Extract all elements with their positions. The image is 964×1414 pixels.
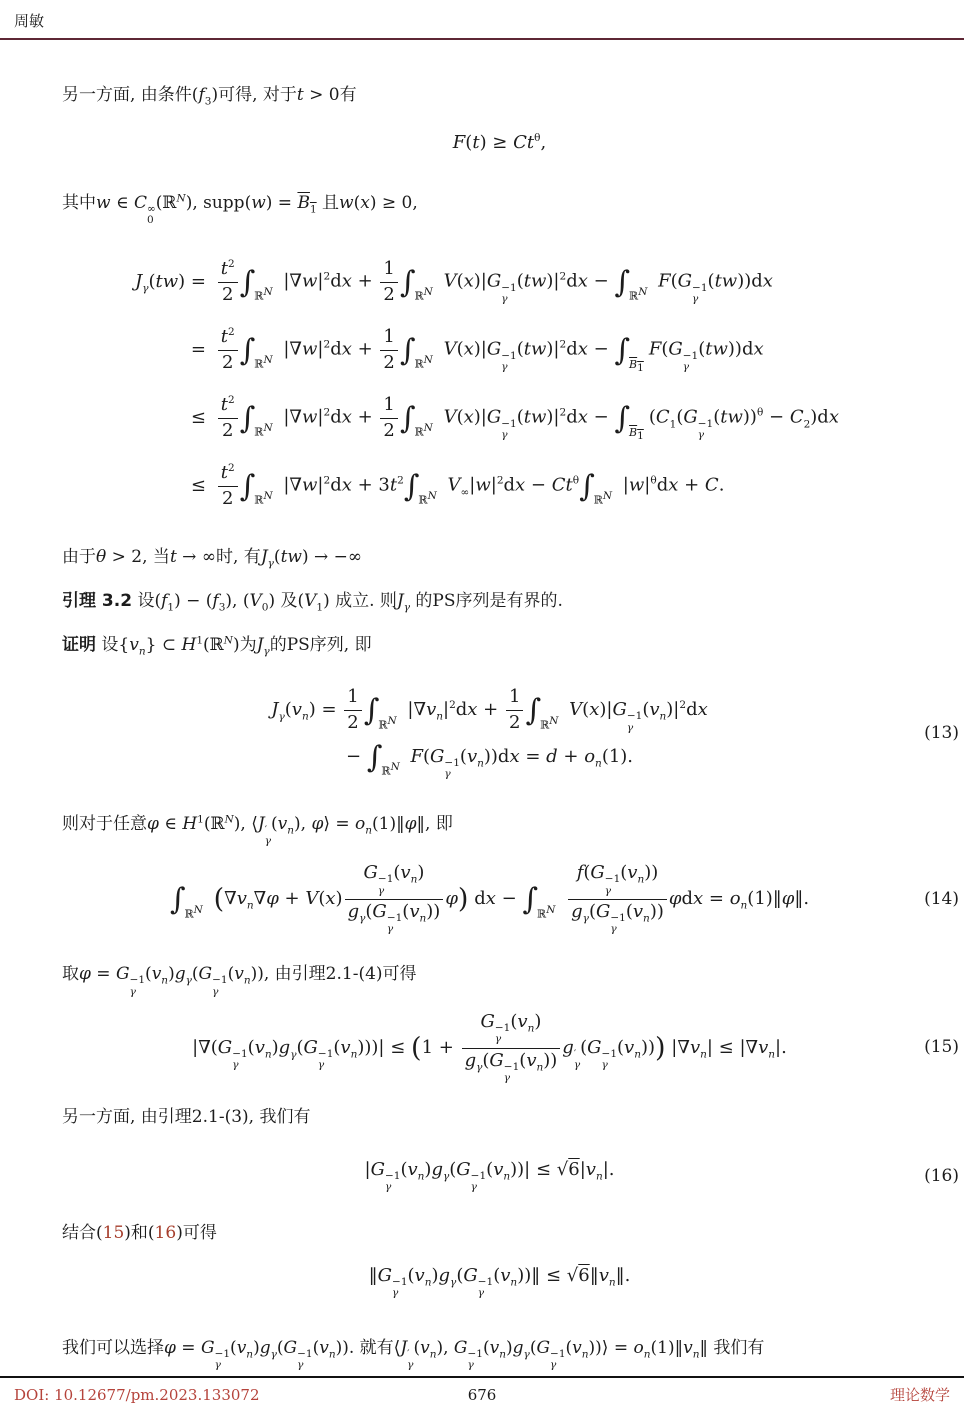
equation-line: ≤ t22∫ℝN |∇w|2dx + 12∫ℝN V(x)|G−1γ(tw)|2… xyxy=(118,384,937,452)
equation-line: ≤ t22∫ℝN |∇w|2dx + 3t2∫ℝN V∞|w|2dx − Ctθ… xyxy=(118,452,937,520)
content-area: 另一方面, 由条件(f3)可得, 对于t > 0有 F(t) ≥ Ctθ, 其中… xyxy=(62,82,937,1371)
doi-link[interactable]: DOI: 10.12677/pm.2023.133072 xyxy=(14,1386,468,1404)
equation-line: = t22∫ℝN |∇w|2dx + 12∫ℝN V(x)|G−1γ(tw)|2… xyxy=(118,316,937,384)
paragraph-where-w: 其中w ∈ C∞0(ℝN), supp(w) = B1 且w(x) ≥ 0, xyxy=(62,190,937,227)
equation-13: Jγ(vn) = 12∫ℝN |∇vn|2dx + 12∫ℝN V(x)|G−1… xyxy=(62,683,937,785)
equation-line: Jγ(tw) = t22∫ℝN |∇w|2dx + 12∫ℝN V(x)|G−1… xyxy=(118,248,937,316)
display-equation-norm: ‖G−1γ(vn)gγ(G−1γ(vn))‖ ≤ √6‖vn‖. xyxy=(62,1265,937,1313)
equation-15-body: |∇(G−1γ(vn)gγ(G−1γ(vn)))| ≤ (1 + G−1γ(vn… xyxy=(62,1012,917,1084)
proof-start: 证明 设{vn} ⊂ H1(ℝN)为Jγ的PS序列, 即 xyxy=(62,632,937,660)
equation-14: ∫ℝN (∇vn∇φ + V(x)G−1γ(vn)gγ(G−1γ(vn))φ) … xyxy=(62,861,937,937)
journal-name[interactable]: 理论数学 xyxy=(496,1384,950,1405)
equation-16: |G−1γ(vn)gγ(G−1γ(vn))| ≤ √6|vn|. (16) xyxy=(62,1154,937,1198)
footer-row: DOI: 10.12677/pm.2023.133072 676 理论数学 xyxy=(0,1378,964,1414)
equation-15: |∇(G−1γ(vn)gγ(G−1γ(vn)))| ≤ (1 + G−1γ(vn… xyxy=(62,1010,937,1086)
paragraph-choose-phi: 我们可以选择φ = G−1γ(vn)gγ(G−1γ(vn)). 就有⟨J′γ(v… xyxy=(62,1335,937,1372)
eq-ref-15[interactable]: 15 xyxy=(103,1223,125,1243)
equation-line: Jγ(vn) = 12∫ℝN |∇vn|2dx + 12∫ℝN V(x)|G−1… xyxy=(62,683,917,738)
equation-line: − ∫ℝN F(G−1γ(vn))dx = d + on(1). xyxy=(62,738,917,785)
equation-number-16: (16) xyxy=(917,1166,959,1187)
paragraph-theta-limit: 由于θ > 2, 当t → ∞时, 有Jγ(tw) → −∞ xyxy=(62,544,937,572)
paper-page: 周敏 另一方面, 由条件(f3)可得, 对于t > 0有 F(t) ≥ Ctθ,… xyxy=(0,0,964,1414)
paragraph-condition-f3: 另一方面, 由条件(f3)可得, 对于t > 0有 xyxy=(62,82,937,110)
equation-number-14: (14) xyxy=(917,889,959,910)
equation-number-15: (15) xyxy=(917,1037,959,1058)
paragraph-lemma-21-3: 另一方面, 由引理2.1-(3), 我们有 xyxy=(62,1104,937,1130)
formula-norm: ‖G−1γ(vn)gγ(G−1γ(vn))‖ ≤ √6‖vn‖. xyxy=(369,1265,631,1286)
paragraph-take-phi: 取φ = G−1γ(vn)gγ(G−1γ(vn)), 由引理2.1-(4)可得 xyxy=(62,961,937,998)
paragraph-testfunction: 则对于任意φ ∈ H1(ℝN), ⟨J′γ(vn), φ⟩ = on(1)‖φ‖… xyxy=(62,811,937,848)
eq-ref-16[interactable]: 16 xyxy=(155,1223,177,1243)
page-number: 676 xyxy=(468,1386,497,1404)
page-header: 周敏 xyxy=(0,0,964,40)
formula-ft: F(t) ≥ Ctθ, xyxy=(453,132,546,153)
page-footer: DOI: 10.12677/pm.2023.133072 676 理论数学 xyxy=(0,1376,964,1414)
display-equation-ft: F(t) ≥ Ctθ, xyxy=(62,132,937,160)
equation-14-body: ∫ℝN (∇vn∇φ + V(x)G−1γ(vn)gγ(G−1γ(vn))φ) … xyxy=(62,863,917,935)
paragraph-combine-15-16: 结合(15)和(16)可得 xyxy=(62,1220,937,1246)
equation-16-body: |G−1γ(vn)gγ(G−1γ(vn))| ≤ √6|vn|. xyxy=(62,1159,917,1194)
lemma-3-2: 引理 3.2 设(f1) − (f3), (V0) 及(V1) 成立. 则Jγ … xyxy=(62,588,937,616)
running-head-author: 周敏 xyxy=(0,0,964,31)
aligned-equation-jtw: Jγ(tw) = t22∫ℝN |∇w|2dx + 12∫ℝN V(x)|G−1… xyxy=(118,248,937,520)
equation-13-body: Jγ(vn) = 12∫ℝN |∇vn|2dx + 12∫ℝN V(x)|G−1… xyxy=(62,683,917,785)
header-rule xyxy=(0,38,964,40)
equation-number-13: (13) xyxy=(917,723,959,744)
